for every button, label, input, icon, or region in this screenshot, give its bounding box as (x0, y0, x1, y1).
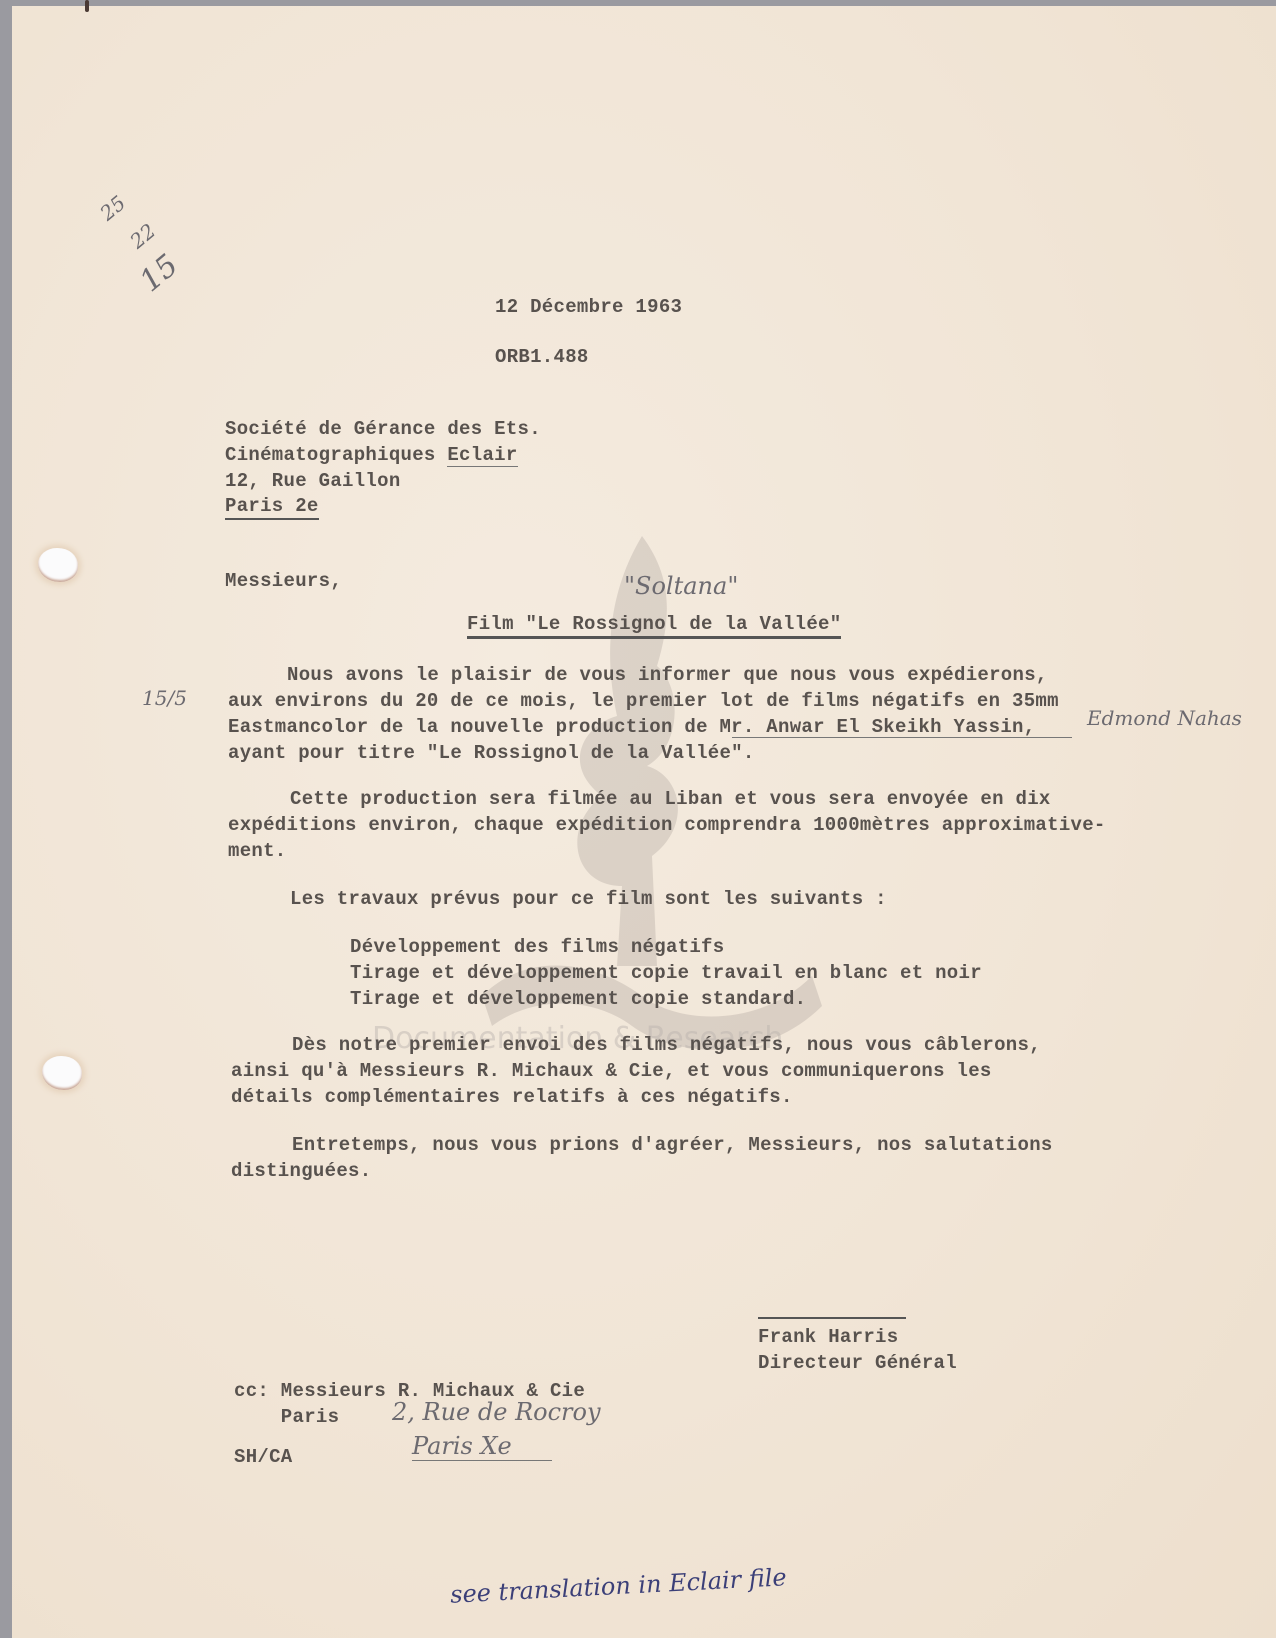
recipient-line-3: 12, Rue Gaillon (225, 468, 401, 494)
paragraph-1-line-4: ayant pour titre "Le Rossignol de la Val… (228, 740, 755, 766)
margin-note: 15/5 (142, 686, 187, 710)
signatory-name: Frank Harris (758, 1324, 898, 1350)
corner-number: 22 (125, 219, 160, 254)
letter-date: 12 Décembre 1963 (495, 294, 682, 320)
handwritten-cc-address-1: 2, Rue de Rocroy (392, 1398, 601, 1426)
closing-line-1: Entretemps, nous vous prions d'agréer, M… (292, 1132, 1053, 1158)
corner-number: 25 (95, 191, 130, 226)
paragraph-1-line-1: Nous avons le plaisir de vous informer q… (287, 662, 1048, 688)
closing-line-2: distinguées. (231, 1158, 371, 1184)
paragraph-2-line-2: expéditions environ, chaque expédition c… (228, 812, 1106, 838)
paragraph-4-line-3: détails complémentaires relatifs à ces n… (231, 1084, 793, 1110)
handwritten-footer-note: see translation in Eclair file (449, 1563, 787, 1609)
punch-hole (38, 548, 78, 582)
letter-reference: ORB1.488 (495, 344, 589, 370)
salutation: Messieurs, (225, 568, 342, 594)
letter-page: Documentation & Research 12 Décembre 196… (12, 6, 1276, 1638)
handwritten-edmond-nahas: Edmond Nahas (1087, 706, 1242, 730)
signatory-title: Directeur Général (758, 1350, 957, 1376)
corner-number: 15 (133, 248, 185, 299)
handwritten-underline (732, 737, 1072, 738)
cc-line-2: Paris (234, 1404, 339, 1430)
initials: SH/CA (234, 1444, 293, 1470)
paragraph-3: Les travaux prévus pour ce film sont les… (290, 886, 887, 912)
paragraph-4-line-2: ainsi qu'à Messieurs R. Michaux & Cie, e… (231, 1058, 992, 1084)
paragraph-4-line-1: Dès notre premier envoi des films négati… (292, 1032, 1041, 1058)
recipient-line-1: Société de Gérance des Ets. (225, 416, 541, 442)
punch-hole (42, 1056, 82, 1090)
handwritten-cc-address-2: Paris Xe (412, 1432, 552, 1461)
ink-mark (85, 0, 89, 12)
handwritten-soltana: "Soltana" (624, 572, 738, 600)
work-item: Tirage et développement copie standard. (350, 986, 806, 1012)
paragraph-2-line-3: ment. (228, 838, 287, 864)
recipient-line-2: Cinématographiques Eclair (225, 442, 518, 468)
recipient-line-4: Paris 2e (225, 494, 319, 520)
work-item: Tirage et développement copie travail en… (350, 960, 982, 986)
paragraph-2-line-1: Cette production sera filmée au Liban et… (290, 786, 1051, 812)
paragraph-1-line-2: aux environs du 20 de ce mois, le premie… (228, 688, 1059, 714)
signature-line (758, 1317, 906, 1319)
subject-line: Film "Le Rossignol de la Vallée" (467, 612, 841, 639)
work-item: Développement des films négatifs (350, 934, 724, 960)
